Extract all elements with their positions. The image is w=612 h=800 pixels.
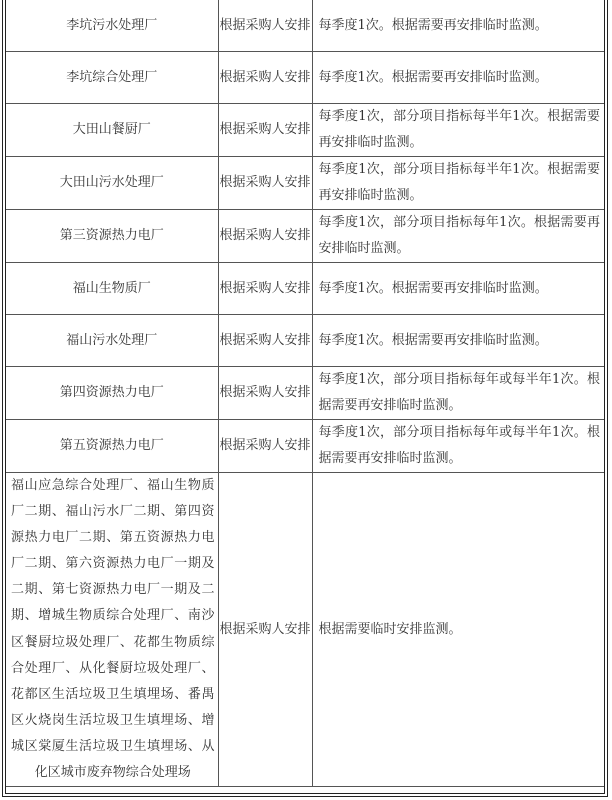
facility-list-cell: 福山应急综合处理厂、福山生物质厂二期、福山污水厂二期、第四资源热力电厂二期、第五… [6,473,218,787]
facility-cell: 福山污水处理厂 [6,315,218,367]
frequency-cell: 每季度1次。根据需要再安排临时监测。 [312,0,604,52]
arranger-cell: 根据采购人安排 [218,157,312,210]
frequency-cell: 每季度1次。根据需要再安排临时监测。 [312,52,604,104]
frequency-cell: 每季度1次。根据需要再安排临时监测。 [312,315,604,367]
frequency-cell: 每季度1次，部分项目指标每年或每半年1次。根据需要再安排临时监测。 [312,367,604,420]
table-row: 大田山污水处理厂 根据采购人安排 每季度1次，部分项目指标每半年1次。根据需要再… [6,157,604,210]
table-row: 李坑综合处理厂 根据采购人安排 每季度1次。根据需要再安排临时监测。 [6,52,604,104]
facility-cell: 大田山污水处理厂 [6,157,218,210]
facility-cell: 第五资源热力电厂 [6,420,218,473]
facility-cell: 第四资源热力电厂 [6,367,218,420]
arranger-cell: 根据采购人安排 [218,367,312,420]
arranger-cell: 根据采购人安排 [218,473,312,787]
facility-cell: 第三资源热力电厂 [6,210,218,263]
table-row: 李坑污水处理厂 根据采购人安排 每季度1次。根据需要再安排临时监测。 [6,0,604,52]
table-frame: 李坑污水处理厂 根据采购人安排 每季度1次。根据需要再安排临时监测。 李坑综合处… [2,0,608,797]
arranger-cell: 根据采购人安排 [218,104,312,157]
frequency-cell: 每季度1次，部分项目指标每半年1次。根据需要再安排临时监测。 [312,104,604,157]
frequency-cell: 每季度1次，部分项目指标每年或每半年1次。根据需要再安排临时监测。 [312,420,604,473]
table-row: 大田山餐厨厂 根据采购人安排 每季度1次，部分项目指标每半年1次。根据需要再安排… [6,104,604,157]
frequency-cell: 每季度1次，部分项目指标每半年1次。根据需要再安排临时监测。 [312,157,604,210]
facility-cell: 李坑综合处理厂 [6,52,218,104]
arranger-cell: 根据采购人安排 [218,315,312,367]
table-row: 福山污水处理厂 根据采购人安排 每季度1次。根据需要再安排临时监测。 [6,315,604,367]
frequency-cell: 每季度1次。根据需要再安排临时监测。 [312,263,604,315]
frequency-cell: 每季度1次，部分项目指标每年1次。根据需要再安排临时监测。 [312,210,604,263]
arranger-cell: 根据采购人安排 [218,210,312,263]
arranger-cell: 根据采购人安排 [218,52,312,104]
table-row: 福山生物质厂 根据采购人安排 每季度1次。根据需要再安排临时监测。 [6,263,604,315]
table-row: 第五资源热力电厂 根据采购人安排 每季度1次，部分项目指标每年或每半年1次。根据… [6,420,604,473]
arranger-cell: 根据采购人安排 [218,263,312,315]
monitoring-schedule-table: 李坑污水处理厂 根据采购人安排 每季度1次。根据需要再安排临时监测。 李坑综合处… [6,0,604,787]
facility-cell: 大田山餐厨厂 [6,104,218,157]
facility-cell: 李坑污水处理厂 [6,0,218,52]
table-row: 第三资源热力电厂 根据采购人安排 每季度1次，部分项目指标每年1次。根据需要再安… [6,210,604,263]
frequency-cell: 根据需要临时安排监测。 [312,473,604,787]
arranger-cell: 根据采购人安排 [218,420,312,473]
arranger-cell: 根据采购人安排 [218,0,312,52]
table-row: 福山应急综合处理厂、福山生物质厂二期、福山污水厂二期、第四资源热力电厂二期、第五… [6,473,604,787]
table-row: 第四资源热力电厂 根据采购人安排 每季度1次，部分项目指标每年或每半年1次。根据… [6,367,604,420]
facility-cell: 福山生物质厂 [6,263,218,315]
